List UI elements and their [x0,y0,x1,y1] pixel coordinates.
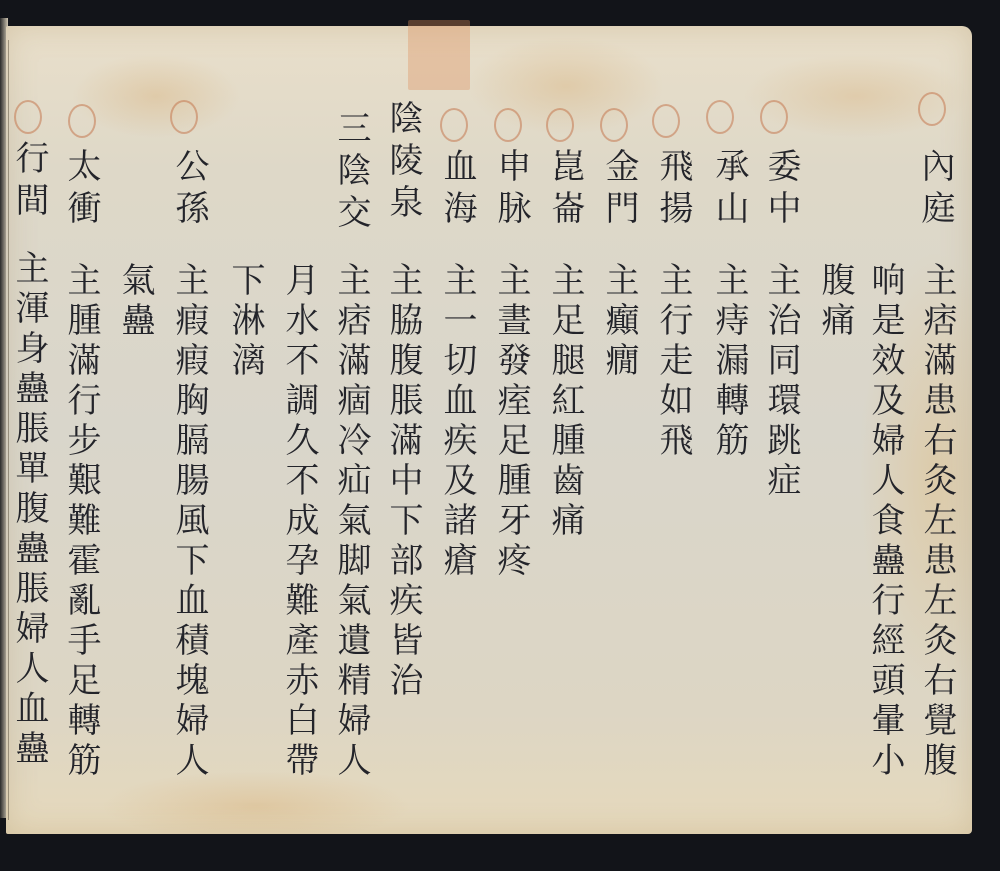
text-column-sanyinjiao-desc-2: 月水不調久不成孕難產赤白帶 [282,262,316,782]
manuscript-page [6,26,972,834]
text-column-xuehai-desc: 主一切血疾及諸瘡 [440,262,474,582]
text-column-shenmai-name: 申脉 [494,148,528,232]
punctuation-circle-icon [706,100,734,134]
punctuation-circle-icon [760,100,788,134]
text-column-feiyang-desc: 主行走如飛 [656,262,690,462]
text-column-xuehai-name: 血海 [440,148,474,232]
text-column-chengshan-desc: 主痔漏轉筋 [712,262,746,462]
text-column-kunlun-name: 崑崙 [548,148,582,232]
text-column-jinmen-name: 金門 [602,148,636,232]
punctuation-circle-icon [68,104,96,138]
punctuation-circle-icon [918,92,946,126]
text-column-weizhong-desc: 主治同環跳症 [764,262,798,502]
punctuation-circle-icon [170,100,198,134]
text-column-gongsun-desc: 主瘕瘕胸膈腸風下血積塊婦人 [172,262,206,782]
text-column-gongsun-name: 公孫 [172,148,206,232]
text-column-xingjian-desc: 主渾身蠱脹單腹蠱脹婦人血蠱 [12,250,46,770]
text-column-neiting-desc-1: 主痞滿患右灸左患左灸右覺腹 [920,262,954,782]
punctuation-circle-icon [440,108,468,142]
text-column-gongsun-desc-cont: 氣蠱 [118,262,152,342]
text-column-sanyinjiao-desc-1: 主痞滿痼冷疝氣脚氣遺精婦人 [334,262,368,782]
text-column-neiting-desc-3: 腹痛 [818,262,852,342]
punctuation-circle-icon [600,108,628,142]
text-column-neiting-desc-2: 响是效及婦人食蠱行經頭暈小 [868,262,902,782]
punctuation-circle-icon [652,104,680,138]
text-column-taichong-desc: 主腫滿行步艱難霍亂手足轉筋 [64,262,98,782]
text-column-chengshan-name: 承山 [712,148,746,232]
text-column-xingjian-name: 行間 [12,140,46,224]
text-column-sanyinjiao-desc-3: 下淋漓 [228,262,262,382]
text-column-sanyinjiao-name: 三陰交 [334,110,368,236]
text-column-neiting-name: 內庭 [918,148,952,232]
text-column-jinmen-desc: 主癲癇 [602,262,636,382]
text-column-feiyang-name: 飛揚 [656,148,690,232]
faded-seal-stamp [408,20,470,90]
punctuation-circle-icon [546,108,574,142]
text-column-yinlingquan-name: 陰陵泉 [386,100,420,226]
text-column-taichong-name: 太衝 [64,148,98,232]
text-column-yinlingquan-desc: 主脇腹脹滿中下部疾皆治 [386,262,420,702]
text-column-kunlun-desc: 主足腿紅腫齒痛 [548,262,582,542]
text-column-weizhong-name: 委中 [764,148,798,232]
text-column-shenmai-desc: 主晝發痓足腫牙疼 [494,262,528,582]
punctuation-circle-icon [494,108,522,142]
punctuation-circle-icon [14,100,42,134]
